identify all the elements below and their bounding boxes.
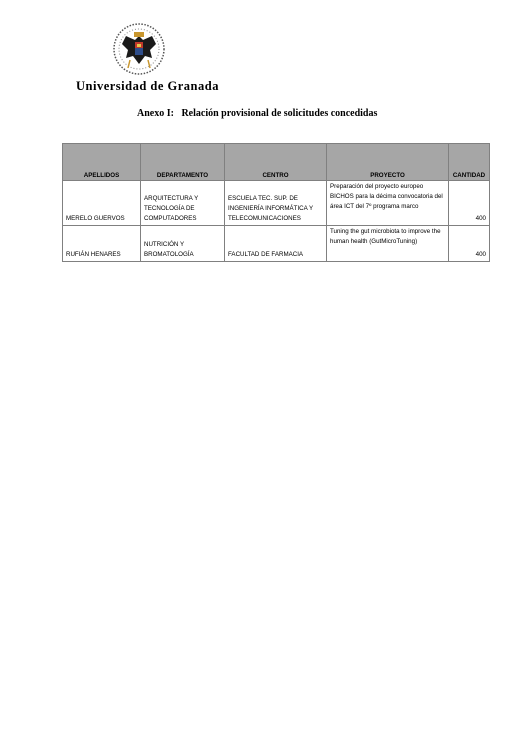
table-header-row: APELLIDOS DEPARTAMENTO CENTRO PROYECTO C… [63, 144, 490, 181]
column-header-centro: CENTRO [225, 144, 327, 181]
cell-cantidad: 400 [449, 181, 490, 226]
table-row: MERELO GUERVOS ARQUITECTURA Y TECNOLOGÍA… [63, 181, 490, 226]
cell-departamento: NUTRICIÓN Y BROMATOLOGÍA [141, 226, 225, 262]
cell-centro: ESCUELA TEC. SUP. DE INGENIERÍA INFORMÁT… [225, 181, 327, 226]
cell-centro: FACULTAD DE FARMACIA [225, 226, 327, 262]
document-title: Anexo I: Relación provisional de solicit… [137, 108, 377, 119]
university-name: Universidad de Granada [76, 79, 219, 94]
university-crest-icon [112, 22, 166, 76]
cell-departamento: ARQUITECTURA Y TECNOLOGÍA DE COMPUTADORE… [141, 181, 225, 226]
cell-proyecto: Tuning the gut microbiota to improve the… [327, 226, 449, 262]
column-header-departamento: DEPARTAMENTO [141, 144, 225, 181]
cell-apellidos: RUFIÁN HENARES [63, 226, 141, 262]
column-header-apellidos: APELLIDOS [63, 144, 141, 181]
cell-apellidos: MERELO GUERVOS [63, 181, 141, 226]
column-header-proyecto: PROYECTO [327, 144, 449, 181]
cell-proyecto: Preparación del proyecto europeo BICHOS … [327, 181, 449, 226]
cell-cantidad: 400 [449, 226, 490, 262]
table-row: RUFIÁN HENARES NUTRICIÓN Y BROMATOLOGÍA … [63, 226, 490, 262]
grants-table: APELLIDOS DEPARTAMENTO CENTRO PROYECTO C… [62, 143, 490, 262]
column-header-cantidad: CANTIDAD [449, 144, 490, 181]
